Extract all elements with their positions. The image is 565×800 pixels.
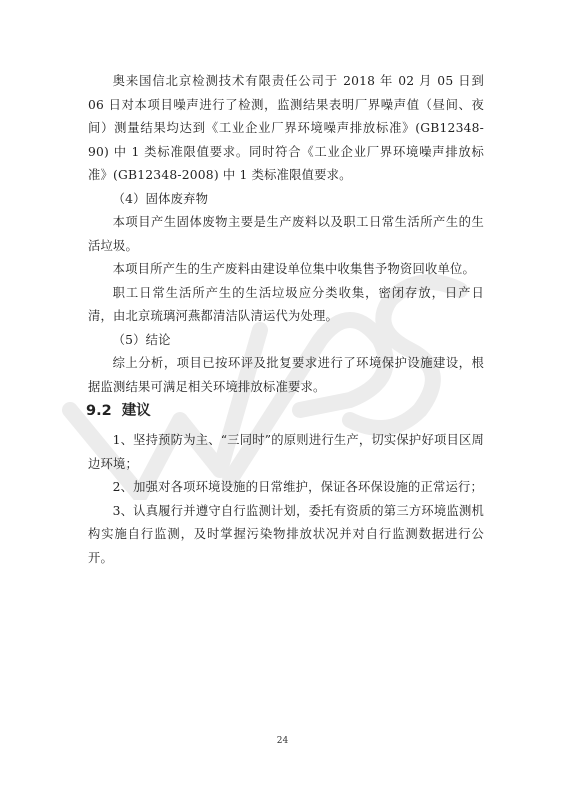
section-heading: 9.2建议 bbox=[86, 399, 484, 423]
solid-waste-paragraph-1: 本项目产生固体废物主要是生产废料以及职工日常生活所产生的生活垃圾。 bbox=[88, 211, 484, 258]
conclusion-paragraph: 综上分析，项目已按环评及批复要求进行了环境保护设施建设，根据监测结果可满足相关环… bbox=[88, 352, 484, 399]
solid-waste-paragraph-3: 职工日常生活所产生的生活垃圾应分类收集，密闭存放，日产日清，由北京琉璃河燕都清洁… bbox=[88, 282, 484, 329]
document-body: 奥来国信北京检测技术有限责任公司于 2018 年 02 月 05 日到 06 日… bbox=[88, 70, 484, 570]
noise-monitoring-paragraph: 奥来国信北京检测技术有限责任公司于 2018 年 02 月 05 日到 06 日… bbox=[88, 70, 484, 188]
section-title: 建议 bbox=[122, 403, 151, 419]
section-number: 9.2 bbox=[86, 403, 112, 419]
document-page: 奥来国信北京检测技术有限责任公司于 2018 年 02 月 05 日到 06 日… bbox=[0, 0, 565, 800]
recommendation-item: 2、加强对各项环境设施的日常维护，保证各环保设施的正常运行； bbox=[88, 476, 484, 500]
conclusion-heading: （5）结论 bbox=[88, 329, 484, 353]
recommendation-item: 3、认真履行并遵守自行监测计划，委托有资质的第三方环境监测机构实施自行监测，及时… bbox=[88, 500, 484, 571]
solid-waste-paragraph-2: 本项目所产生的生产废料由建设单位集中收集售予物资回收单位。 bbox=[88, 258, 484, 282]
page-number: 24 bbox=[0, 736, 565, 746]
recommendation-item: 1、坚持预防为主、“三同时”的原则进行生产，切实保护好项目区周边环境； bbox=[88, 429, 484, 476]
solid-waste-heading: （4）固体废弃物 bbox=[88, 188, 484, 212]
